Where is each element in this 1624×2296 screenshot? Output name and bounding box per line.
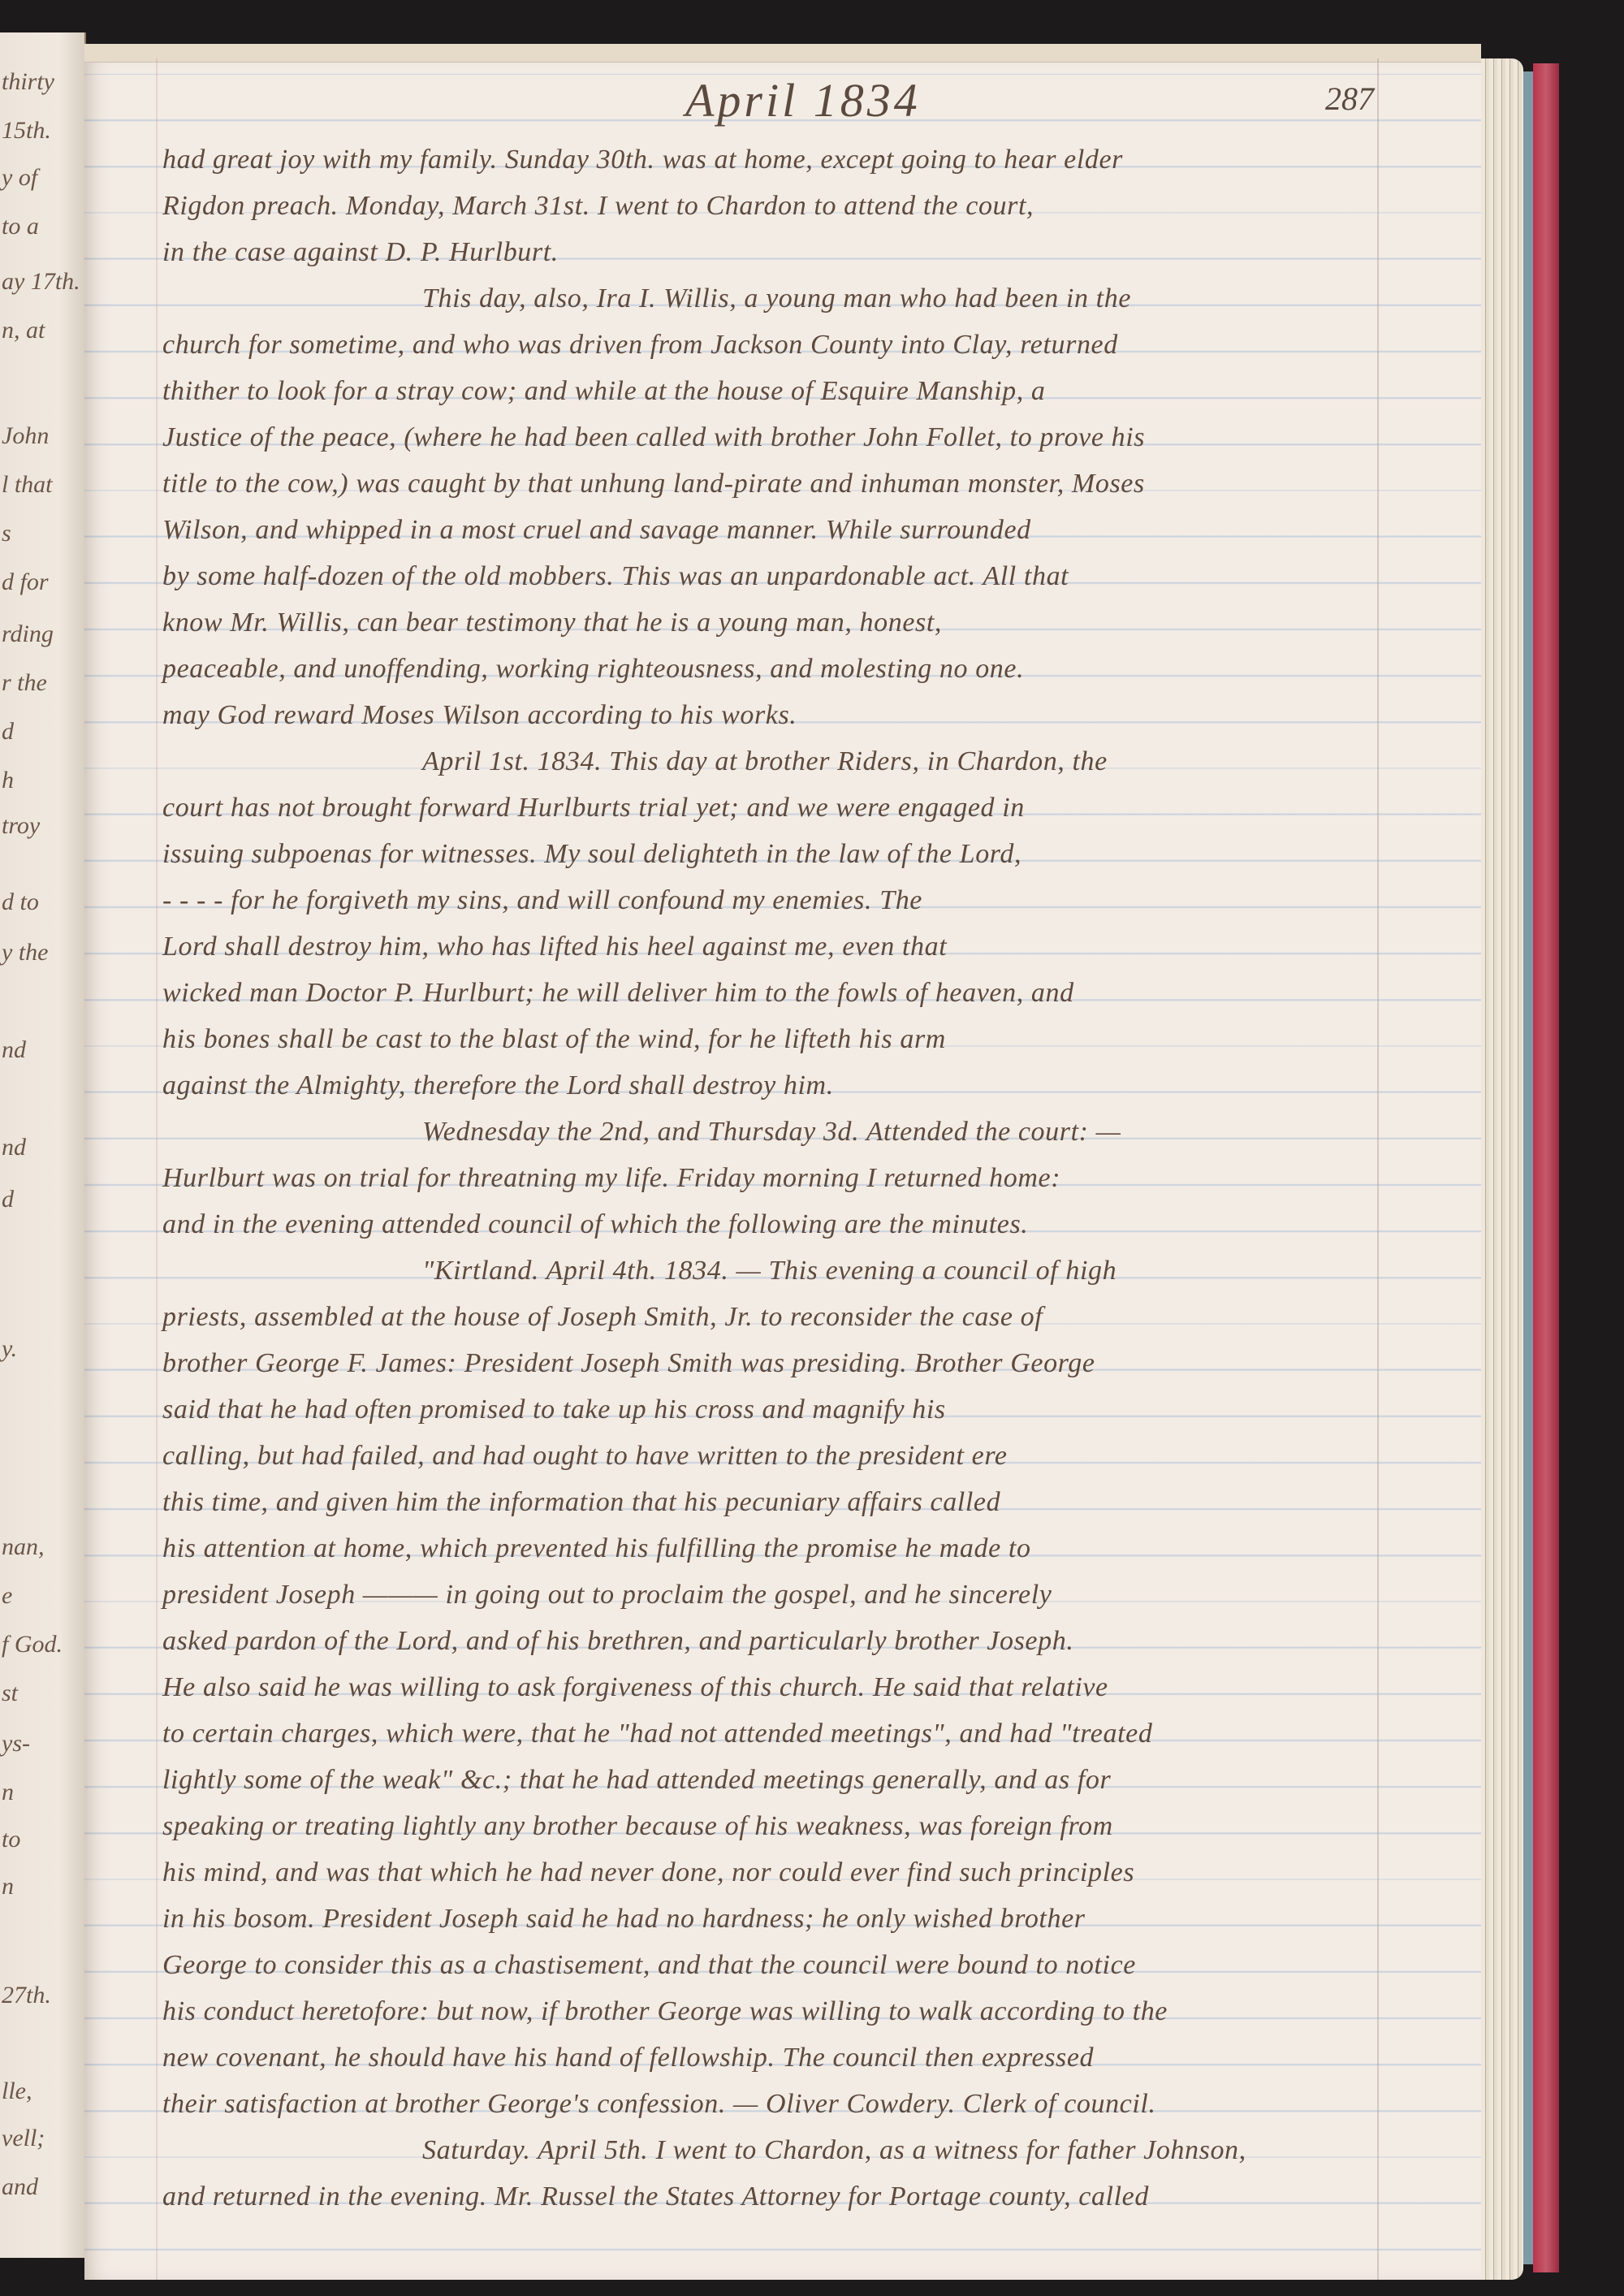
manuscript-scan: thirty15th.y ofto aay 17th.n, atJohnl th…: [0, 0, 1624, 2296]
manuscript-line: lightly some of the weak" &c.; that he h…: [162, 1757, 1405, 1803]
manuscript-line: brother George F. James: President Josep…: [162, 1340, 1405, 1386]
manuscript-line: thither to look for a stray cow; and whi…: [162, 368, 1405, 414]
manuscript-line: against the Almighty, therefore the Lord…: [162, 1062, 1405, 1109]
red-cover-binding: [1533, 63, 1559, 2272]
left-page-text-fragment: y of: [2, 164, 37, 192]
manuscript-line: court has not brought forward Hurlburts …: [162, 785, 1405, 831]
manuscript-line: This day, also, Ira I. Willis, a young m…: [162, 275, 1405, 322]
manuscript-line: issuing subpoenas for witnesses. My soul…: [162, 831, 1405, 877]
page-number: 287: [1325, 80, 1374, 118]
manuscript-line: know Mr. Willis, can bear testimony that…: [162, 599, 1405, 646]
left-page-text-fragment: vell;: [2, 2125, 45, 2152]
left-page-text-fragment: st: [2, 1680, 18, 1707]
left-page-text-fragment: y the: [2, 939, 48, 966]
manuscript-line: George to consider this as a chastisemen…: [162, 1942, 1405, 1988]
manuscript-line: He also said he was willing to ask forgi…: [162, 1664, 1405, 1710]
left-page-text-fragment: 15th.: [2, 117, 51, 145]
left-page-text-fragment: l that: [2, 471, 53, 499]
left-page-text-fragment: to a: [2, 213, 39, 240]
manuscript-line: Justice of the peace, (where he had been…: [162, 414, 1405, 460]
left-page-text-fragment: d to: [2, 889, 39, 916]
left-page-text-fragment: lle,: [2, 2078, 32, 2105]
left-page-text-fragment: f God.: [2, 1631, 63, 1658]
manuscript-line: title to the cow,) was caught by that un…: [162, 460, 1405, 507]
left-page-text-fragment: John: [2, 422, 49, 450]
handwritten-text-body: had great joy with my family. Sunday 30t…: [162, 136, 1405, 2220]
manuscript-line: Rigdon preach. Monday, March 31st. I wen…: [162, 183, 1405, 229]
left-page-text-fragment: nan,: [2, 1533, 45, 1561]
left-page-text-fragment: n, at: [2, 317, 45, 344]
left-page-text-fragment: s: [2, 520, 11, 547]
left-margin-rule: [156, 58, 158, 2280]
left-page-text-fragment: rding: [2, 620, 54, 648]
blue-endpaper-edge: [1523, 71, 1533, 2264]
left-page-text-fragment: d: [2, 718, 14, 746]
manuscript-line: new covenant, he should have his hand of…: [162, 2034, 1405, 2081]
left-page-text-fragment: h: [2, 767, 14, 794]
manuscript-line: may God reward Moses Wilson according to…: [162, 692, 1405, 738]
page-header-date: April 1834: [685, 73, 921, 128]
left-page-text-fragment: to: [2, 1826, 20, 1853]
left-page-text-fragment: y.: [2, 1335, 17, 1363]
manuscript-line: Saturday. April 5th. I went to Chardon, …: [162, 2127, 1405, 2173]
manuscript-line: April 1st. 1834. This day at brother Rid…: [162, 738, 1405, 785]
manuscript-line: to certain charges, which were, that he …: [162, 1710, 1405, 1757]
page-stack-edge: [1481, 58, 1523, 2280]
manuscript-line: by some half-dozen of the old mobbers. T…: [162, 553, 1405, 599]
manuscript-line: Wednesday the 2nd, and Thursday 3d. Atte…: [162, 1109, 1405, 1155]
manuscript-line: Wilson, and whipped in a most cruel and …: [162, 507, 1405, 553]
manuscript-line: church for sometime, and who was driven …: [162, 322, 1405, 368]
manuscript-line: Lord shall destroy him, who has lifted h…: [162, 923, 1405, 970]
left-page-fragment: thirty15th.y ofto aay 17th.n, atJohnl th…: [0, 32, 86, 2258]
manuscript-line: wicked man Doctor P. Hurlburt; he will d…: [162, 970, 1405, 1016]
left-page-text-fragment: ys-: [2, 1730, 30, 1758]
manuscript-line: his conduct heretofore: but now, if brot…: [162, 1988, 1405, 2034]
left-page-text-fragment: ay 17th.: [2, 268, 80, 296]
manuscript-line: his attention at home, which prevented h…: [162, 1525, 1405, 1572]
manuscript-line: their satisfaction at brother George's c…: [162, 2081, 1405, 2127]
manuscript-line: and in the evening attended council of w…: [162, 1201, 1405, 1247]
left-page-text-fragment: r the: [2, 669, 47, 697]
manuscript-line: peaceable, and unoffending, working righ…: [162, 646, 1405, 692]
left-page-text-fragment: nd: [2, 1036, 26, 1064]
left-page-text-fragment: troy: [2, 812, 40, 840]
manuscript-line: "Kirtland. April 4th. 1834. — This eveni…: [162, 1247, 1405, 1294]
left-page-text-fragment: and: [2, 2173, 38, 2201]
manuscript-line: president Joseph ——— in going out to pro…: [162, 1572, 1405, 1618]
journal-page: April 1834 287 had great joy with my fam…: [84, 58, 1481, 2280]
manuscript-line: had great joy with my family. Sunday 30t…: [162, 136, 1405, 183]
manuscript-line: priests, assembled at the house of Josep…: [162, 1294, 1405, 1340]
left-page-text-fragment: 27th.: [2, 1982, 51, 2009]
left-page-text-fragment: e: [2, 1582, 12, 1610]
manuscript-line: this time, and given him the information…: [162, 1479, 1405, 1525]
left-page-text-fragment: n: [2, 1779, 14, 1806]
manuscript-line: his bones shall be cast to the blast of …: [162, 1016, 1405, 1062]
left-page-text-fragment: d: [2, 1186, 14, 1213]
manuscript-line: asked pardon of the Lord, and of his bre…: [162, 1618, 1405, 1664]
left-page-text-fragment: n: [2, 1873, 14, 1900]
manuscript-line: his mind, and was that which he had neve…: [162, 1849, 1405, 1896]
left-page-text-fragment: d for: [2, 569, 49, 596]
manuscript-line: in his bosom. President Joseph said he h…: [162, 1896, 1405, 1942]
manuscript-line: said that he had often promised to take …: [162, 1386, 1405, 1433]
manuscript-line: in the case against D. P. Hurlburt.: [162, 229, 1405, 275]
manuscript-line: Hurlburt was on trial for threatning my …: [162, 1155, 1405, 1201]
left-page-text-fragment: thirty: [2, 68, 54, 96]
left-page-text-fragment: nd: [2, 1134, 26, 1161]
manuscript-line: calling, but had failed, and had ought t…: [162, 1433, 1405, 1479]
manuscript-line: - - - - for he forgiveth my sins, and wi…: [162, 877, 1405, 923]
manuscript-line: and returned in the evening. Mr. Russel …: [162, 2173, 1405, 2220]
manuscript-line: speaking or treating lightly any brother…: [162, 1803, 1405, 1849]
